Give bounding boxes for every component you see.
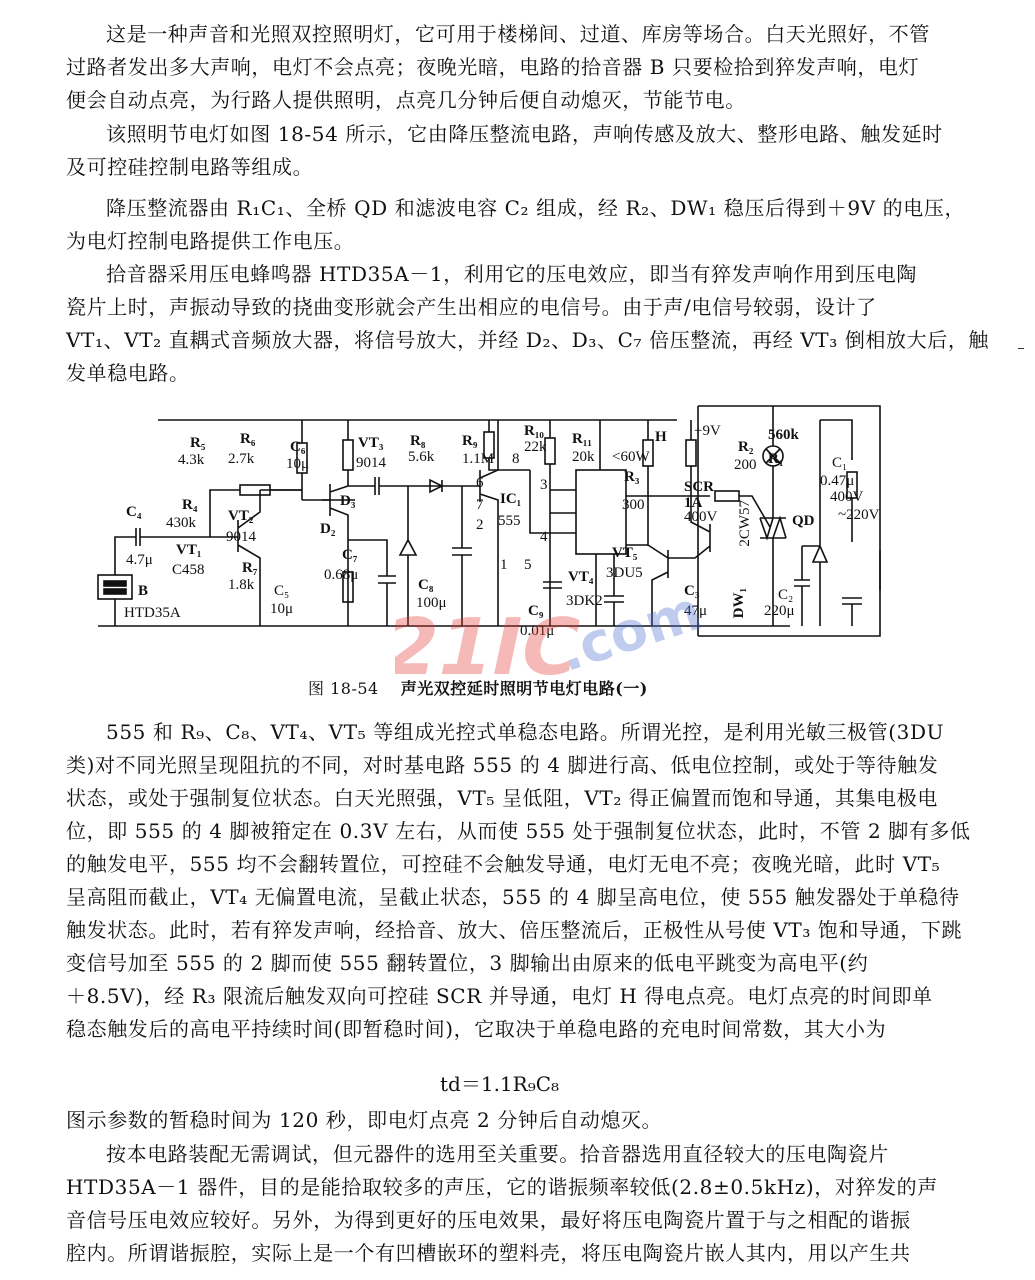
text-line: 位，即 555 的 4 脚被箝定在 0.3V 左右，从而使 555 处于强制复位… [66,815,956,848]
text-line: 发单稳电路。 [66,357,956,390]
value-R6: 2.7k [228,452,254,467]
label-D3: D₃ [340,494,355,509]
text-line: 图示参数的暂稳时间为 120 秒，即电灯点亮 2 分钟后自动熄灭。 [66,1104,956,1137]
value-R3: 300 [622,498,645,513]
rating-C1: 400V [830,490,863,505]
model-VT4: 3DK2 [566,594,603,609]
value-H: <60W [612,450,650,465]
text-line: 音信号压电效应较好。另外，为得到更好的压电效果，最好将压电陶瓷片置于与之相配的谐… [66,1204,956,1237]
text-line: VT₁、VT₂ 直耦式音频放大器，将信号放大，并经 D₂、D₃、C₇ 倍压整流，… [66,324,956,357]
capacitor-C8 [543,582,562,588]
paragraph-pickup: 拾音器采用压电蜂鸣器 HTD35A－1，利用它的压电效应，即当有猝发声响作用到压… [66,258,956,390]
paragraph-result: 图示参数的暂稳时间为 120 秒，即电灯点亮 2 分钟后自动熄灭。 [66,1104,956,1137]
pin-8: 8 [512,452,520,467]
capacitor-C7 [452,486,472,626]
text-line: 按本电路装配无需调试，但元器件的选用至关重要。拾音器选用直径较大的压电陶瓷片 [66,1138,956,1171]
model-DW1: 2CW57 [738,500,753,547]
paragraph-composition: 该照明节电灯如图 18-54 所示，它由降压整流电路，声响传感及放大、整形电路、… [66,118,956,184]
capacitor-C3 [794,546,820,626]
label-R6: R₆ [240,432,255,447]
resistor-R6 [343,420,353,486]
ic-555-IC1 [576,470,626,554]
label-QD: QD [792,514,815,529]
paragraph-monostable: 555 和 R₉、C₈、VT₄、VT₅ 等组成光控式单稳态电路。所谓光控，是利用… [66,716,956,1046]
text-line: 过路者发出多大声响，电灯不会点亮；夜晚光暗，电路的拾音器 B 只要检拾到猝发声响… [66,51,956,84]
text-line: 类)对不同光照呈现阻抗的不同，对时基电路 555 的 4 脚进行高、低电位控制，… [66,749,956,782]
paragraph-power-supply: 降压整流器由 R₁C₁、全桥 QD 和滤波电容 C₂ 组成，经 R₂、DW₁ 稳… [66,192,956,258]
value-R10: 22k [524,440,547,455]
formula-td: td＝1.1R₉C₈ [440,1068,559,1097]
value-R7: 1.8k [228,578,254,593]
value-R9: 1.1M [462,452,494,467]
label-C8: C₈ [418,578,433,593]
label-R9: R₉ [462,434,477,449]
value-C7: 0.68μ [324,568,358,583]
label-C4: C₄ [126,505,141,520]
label-IC1: IC₁ [500,492,521,507]
label-SCR: SCR [684,480,714,495]
rating2-SCR: 400V [684,510,717,525]
value-R5: 4.3k [178,453,204,468]
label-mains: ~220V [838,508,879,523]
model-VT1: C458 [172,563,205,578]
value-R1: 560k [768,428,799,443]
paragraph-intro: 这是一种声音和光照双控照明灯，它可用于楼梯间、过道、库房等场合。白天光照好，不管… [66,18,956,117]
label-R4: R₄ [182,498,197,513]
label-supply: +9V [694,424,721,439]
label-R7: R₇ [242,561,257,576]
label-C6: C₆ [290,440,305,455]
pin-5: 5 [524,558,532,573]
value-R11: 20k [572,450,595,465]
text-line: 这是一种声音和光照双控照明灯，它可用于楼梯间、过道、库房等场合。白天光照好，不管 [66,18,956,51]
pin-7: 7 [476,498,484,513]
value-C3: 47μ [684,604,707,619]
text-line: 腔内。所谓谐振腔，实际上是一个有凹槽嵌环的塑料壳，将压电陶瓷片嵌人其内，用以产生… [66,1237,956,1270]
text-line: 拾音器采用压电蜂鸣器 HTD35A－1，利用它的压电效应，即当有猝发声响作用到压… [66,258,956,291]
pin-6: 6 [476,476,484,491]
label-R1: R₁ [768,452,783,467]
value-C6: 10μ [286,457,309,472]
pin-3: 3 [540,478,548,493]
model-VT2: 9014 [226,530,256,545]
capacitor-C6 [348,477,470,495]
label-R3: R₃ [624,470,639,485]
text-line: 稳态触发后的高电平持续时间(即暂稳时间)，它取决于单稳电路的充电时间常数，其大小… [66,1013,956,1046]
label-C1: C₁ [832,456,847,471]
text-line: 变信号加至 555 的 2 脚而使 555 翻转置位，3 脚输出由原来的低电平跳… [66,947,956,980]
margin-mark [1018,348,1024,349]
value-C8: 100μ [416,596,447,611]
text-line: 瓷片上时，声振动导致的挠曲变形就会产生出相应的电信号。由于声/电信号较弱，设计了 [66,291,956,324]
label-B: B [138,584,148,599]
value-R4: 430k [166,516,196,531]
label-C5: C₅ [274,584,289,599]
value-C9: 0.01μ [520,624,554,639]
diode-D2 [400,486,416,626]
text-line: 该照明节电灯如图 18-54 所示，它由降压整流电路，声响传感及放大、整形电路、… [66,118,956,151]
text-line: 555 和 R₉、C₈、VT₄、VT₅ 等组成光控式单稳态电路。所谓光控，是利用… [66,716,956,749]
text-line: ＋8.5V)，经 R₃ 限流后触发双向可控硅 SCR 并导通，电灯 H 得电点亮… [66,980,956,1013]
text-line: 便会自动点亮，为行路人提供照明，点亮几分钟后便自动熄灭，节能节电。 [66,84,956,117]
label-C7: C₇ [342,548,357,563]
resistor-R3 [715,491,739,501]
figure-caption: 图 18-54声光双控延时照明节电灯电路(一) [308,676,648,699]
model-VT3: 9014 [356,456,386,471]
figure-number: 图 18-54 [308,679,379,698]
text-line: 呈高阻而截止，VT₄ 无偏置电流，呈截止状态，555 的 4 脚呈高电位，使 5… [66,881,956,914]
text-line: 降压整流器由 R₁C₁、全桥 QD 和滤波电容 C₂ 组成，经 R₂、DW₁ 稳… [66,192,956,225]
value-C5: 10μ [270,602,293,617]
figure-title: 声光双控延时照明节电灯电路(一) [401,679,648,698]
label-VT5: VT₅ [612,546,637,561]
text-line: 触发状态。此时，若有猝发声响，经拾音、放大、倍压整流后，正极性从号使 VT₃ 饱… [66,914,956,947]
label-VT2: VT₂ [228,509,253,524]
label-VT4: VT₄ [568,570,593,585]
label-DW1: DW₁ [732,588,747,618]
text-line: HTD35A－1 器件，目的是能拾取较多的声压，它的谐振频率较低(2.8±0.5… [66,1171,956,1204]
label-R2: R₂ [738,440,753,455]
pin-4: 4 [540,530,548,545]
label-H: H [655,430,667,445]
value-C1: 0.47μ [820,474,854,489]
label-C9: C₉ [528,604,543,619]
value-R2: 200 [734,458,757,473]
pin-2: 2 [476,518,484,533]
label-R8: R₈ [410,434,425,449]
label-C2: C₂ [778,588,793,603]
text-line: 及可控硅控制电路等组成。 [66,151,956,184]
text-line: 为电灯控制电路提供工作电压。 [66,225,956,258]
label-VT3: VT₃ [358,436,383,451]
label-R10: R₁₀ [524,424,544,439]
label-D2: D₂ [320,522,335,537]
value-R8: 5.6k [408,450,434,465]
value-C2: 220μ [764,604,795,619]
text-line: 状态，或处于强制复位状态。白天光照强，VT₅ 呈低阻，VT₂ 得正偏置而饱和导通… [66,782,956,815]
text-line: 的触发电平，555 均不会翻转置位，可控硅不会触发导通，电灯无电不亮；夜晚光暗，… [66,848,956,881]
zener-DW1 [813,420,827,626]
label-C3: C₃ [684,584,699,599]
model-VT5: 3DU5 [606,566,643,581]
pin-1: 1 [500,558,508,573]
resistor-R10 [643,420,653,546]
model-B: HTD35A [124,606,181,621]
value-C4: 4.7μ [126,553,153,568]
label-VT1: VT₁ [176,543,201,558]
resistor-R4 [210,485,302,537]
label-R11: R₁₁ [572,432,592,447]
model-IC1: 555 [498,514,521,529]
paragraph-assembly: 按本电路装配无需调试，但元器件的选用至关重要。拾音器选用直径较大的压电陶瓷片 H… [66,1138,956,1270]
label-R5: R₅ [190,436,205,451]
